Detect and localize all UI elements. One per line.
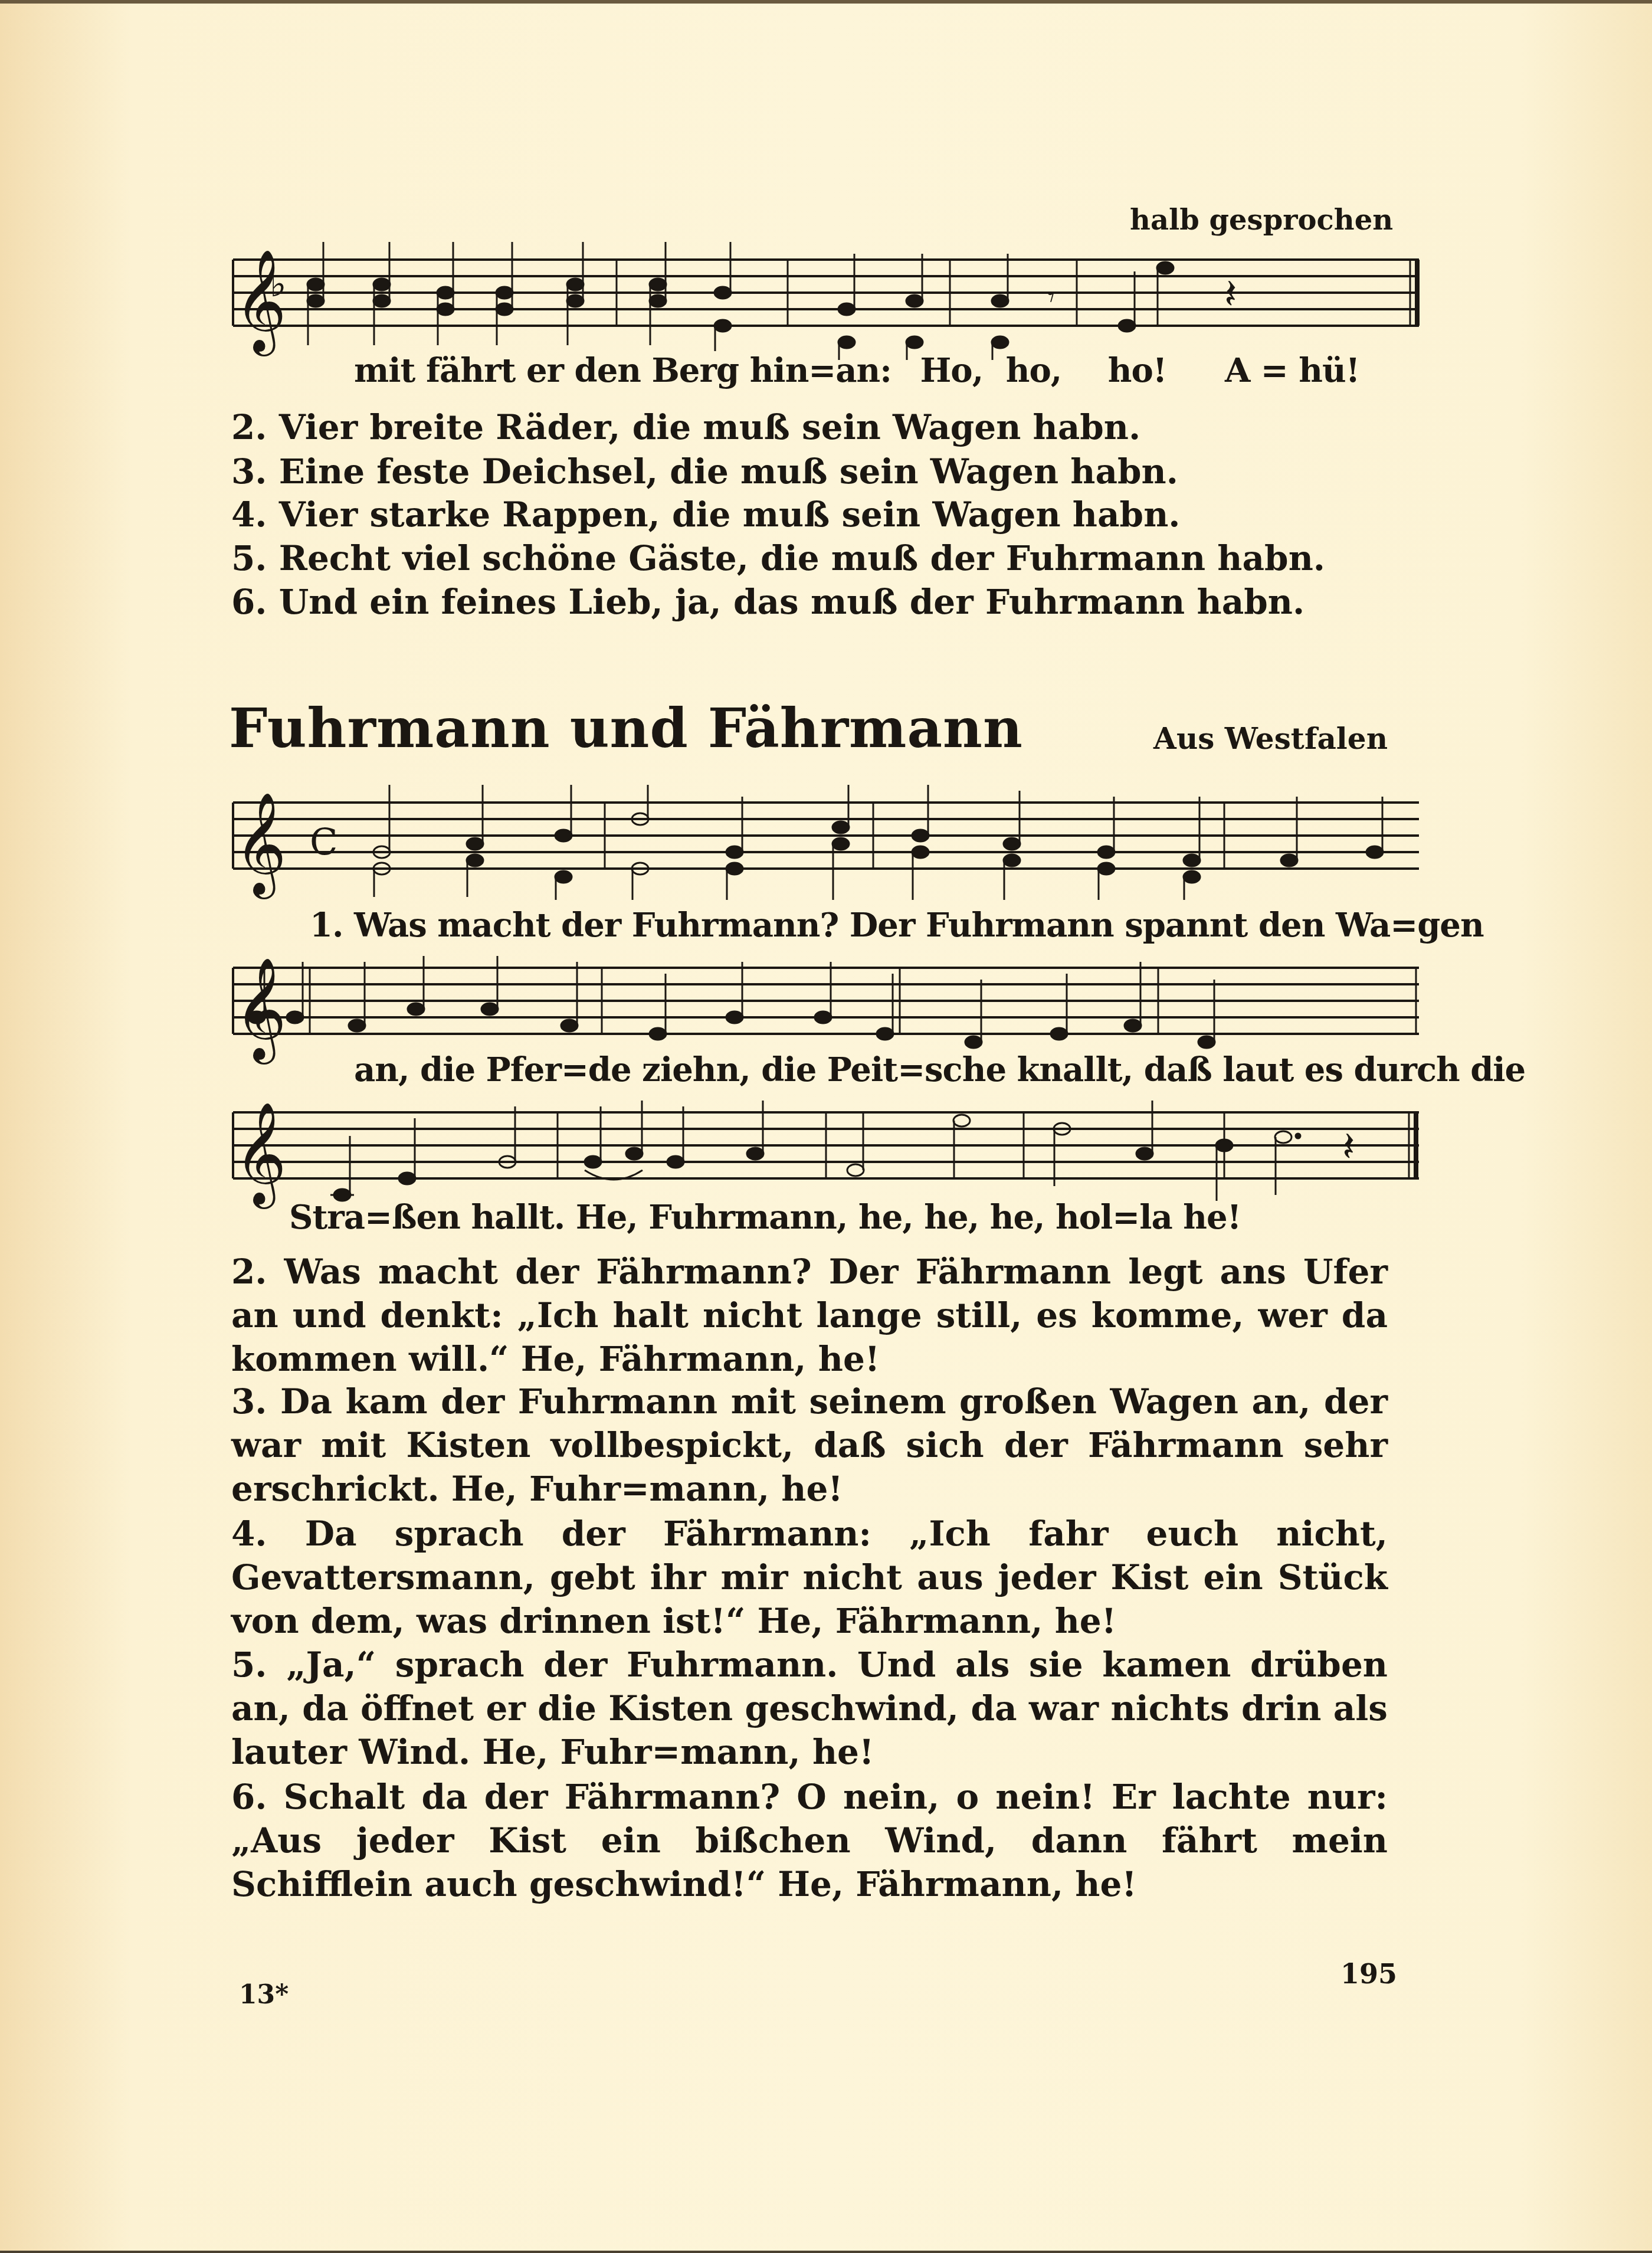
music-staff-3: 𝄞 𝄽 [227, 1095, 1431, 1213]
song-title: Fuhrmann und Fährmann [229, 696, 1023, 760]
song-verse-5: 5. „Ja,“ sprach der Fuhrmann. Und als si… [231, 1643, 1388, 1774]
lyric-syllable: A = hü! [1225, 351, 1359, 390]
svg-text:𝄽: 𝄽 [1224, 270, 1237, 318]
song-verse-3: 3. Da kam der Fuhrmann mit seinem großen… [231, 1380, 1388, 1511]
previous-song-verse-3: 3. Eine feste Deichsel, die muß sein Wag… [231, 451, 1178, 492]
lyric-syllable: Ho, [920, 351, 983, 390]
page-edge-top [0, 0, 1652, 4]
lyric-syllable: ho, [1006, 351, 1062, 390]
lyric-syllable: hin=an: [750, 351, 891, 390]
signature-mark: 13* [239, 1980, 289, 2010]
svg-text:𝄞: 𝄞 [234, 957, 287, 1065]
staff-2-lyrics: an, die Pfer=de ziehn, die Peit=sche kna… [354, 1050, 1525, 1089]
song-origin: Aus Westfalen [1153, 721, 1388, 756]
previous-song-lyric-line: mit fährt er den Berg hin=an: Ho, ho, ho… [354, 351, 1359, 390]
music-staff-1: 𝄞 C [227, 785, 1431, 903]
song-verse-2: 2. Was macht der Fährmann? Der Fährmann … [231, 1250, 1388, 1381]
lyric-syllable: mit [354, 351, 415, 390]
previous-song-verse-4: 4. Vier starke Rappen, die muß sein Wage… [231, 495, 1181, 535]
lyric-syllable: fährt [426, 351, 515, 390]
lyric-syllable: Berg [652, 351, 739, 390]
performance-annotation: halb gesprochen [1130, 204, 1393, 237]
lyric-syllable: er [526, 351, 563, 390]
svg-text:𝄞: 𝄞 [234, 1102, 287, 1209]
svg-text:𝄞: 𝄞 [234, 792, 287, 899]
staff-1-lyrics: 1. Was macht der Fuhrmann? Der Fuhrmann … [310, 906, 1484, 945]
previous-song-verse-5: 5. Recht viel schöne Gäste, die muß der … [231, 538, 1325, 578]
svg-text:𝄾: 𝄾 [1047, 280, 1055, 314]
song-verse-4: 4. Da sprach der Fährmann: „Ich fahr euc… [231, 1512, 1388, 1643]
page-number: 195 [1340, 1958, 1397, 1990]
previous-song-verse-2: 2. Vier breite Räder, die muß sein Wagen… [231, 407, 1140, 447]
page-edge-bottom [0, 2251, 1652, 2253]
music-staff-previous-song: 𝄞 ♭ 𝄾 𝄽 [227, 242, 1431, 360]
previous-song-verse-6: 6. Und ein feines Lieb, ja, das muß der … [231, 582, 1304, 622]
lyric-syllable: ho! [1108, 351, 1167, 390]
svg-text:♭: ♭ [270, 264, 286, 305]
svg-text:𝄽: 𝄽 [1342, 1122, 1355, 1171]
staff-3-lyrics: Stra=ßen hallt. He, Fuhrmann, he, he, he… [289, 1198, 1241, 1237]
lyric-syllable: den [575, 351, 641, 390]
song-verse-6: 6. Schalt da der Fährmann? O nein, o nei… [231, 1775, 1388, 1906]
svg-text:C: C [310, 820, 337, 863]
